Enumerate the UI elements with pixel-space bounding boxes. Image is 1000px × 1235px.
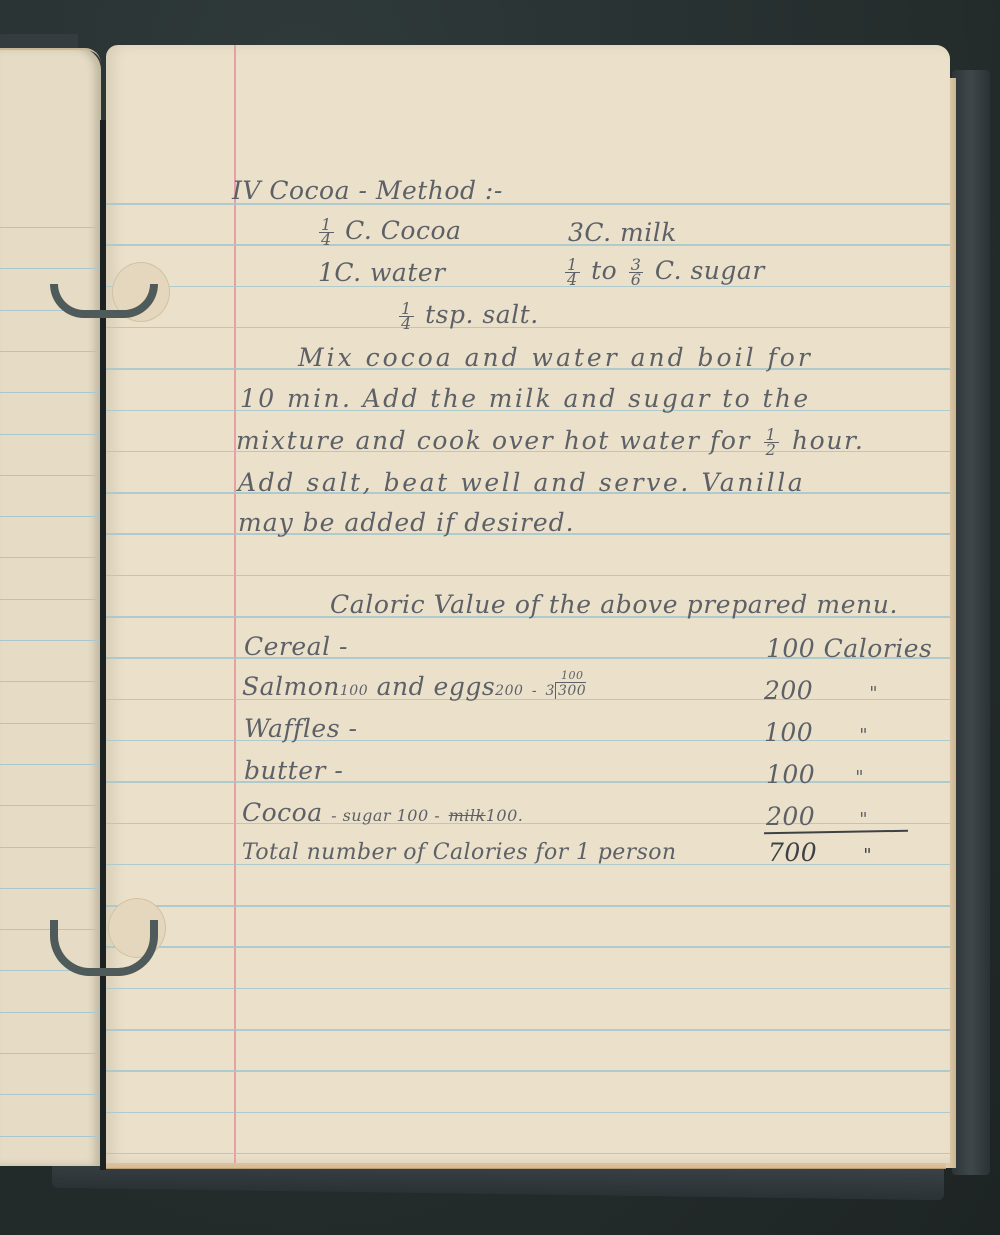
ingredient-milk: 3C. milk — [568, 218, 677, 247]
ingredient-water: 1C. water — [318, 258, 446, 287]
long-division: 100300 — [555, 683, 586, 699]
calorie-value-salmon: 200" — [764, 676, 878, 705]
ruled-line — [0, 1094, 101, 1095]
calorie-item-butter: butter - — [244, 756, 343, 785]
binder-ring-wire — [50, 284, 158, 318]
calorie-value-cereal: 100 Calories — [766, 634, 932, 663]
ruled-line — [0, 1136, 101, 1137]
ruled-line — [0, 681, 101, 682]
ruled-line — [106, 1112, 950, 1114]
calorie-item-total: Total number of Calories for 1 person — [242, 840, 677, 865]
ruled-line — [0, 392, 101, 393]
ruled-line — [106, 575, 950, 577]
calorie-value-cocoa: 200" — [766, 802, 868, 831]
ruled-line — [0, 805, 101, 806]
method-line-3: mixture and cook over hot water for 12 h… — [236, 426, 864, 457]
ruled-line — [0, 227, 101, 228]
ruled-line — [106, 286, 950, 288]
ingredient-cocoa: 14 C. Cocoa — [316, 216, 461, 247]
method-line-5: may be added if desired. — [238, 508, 575, 537]
binder-ring-wire — [50, 920, 158, 976]
ruled-line — [0, 640, 101, 641]
ruled-line — [106, 946, 950, 948]
struck-word: milk — [449, 806, 486, 825]
calorie-value-waffles: 100" — [764, 718, 868, 747]
ruled-line — [0, 351, 101, 352]
ruled-line — [0, 268, 101, 269]
ruled-line — [0, 764, 101, 765]
fraction: 14 — [565, 258, 580, 287]
ruled-line — [0, 1053, 101, 1054]
ruled-line — [106, 988, 950, 990]
fraction: 14 — [319, 218, 334, 247]
ruled-line — [0, 516, 101, 517]
ruled-line — [106, 905, 950, 907]
binder-cover-left — [0, 34, 78, 48]
calorie-item-cocoa: Cocoa - sugar 100 - milk100. — [242, 798, 523, 827]
ruled-line — [0, 599, 101, 600]
calorie-item-cereal: Cereal - — [244, 632, 348, 661]
margin-line — [234, 45, 236, 1163]
calorie-value-butter: 100" — [766, 760, 864, 789]
method-line-4: Add salt, beat well and serve. Vanilla — [238, 468, 805, 497]
ruled-line — [0, 475, 101, 476]
ruled-line — [0, 888, 101, 889]
ruled-line — [106, 244, 950, 246]
ruled-line — [106, 1070, 950, 1072]
left-page — [0, 48, 101, 1166]
ingredient-salt: 14 tsp. salt. — [396, 300, 539, 331]
fraction: 12 — [764, 428, 780, 457]
ruled-line — [0, 723, 101, 724]
ingredient-sugar: 14 to 36 C. sugar — [562, 256, 765, 287]
calorie-heading: Caloric Value of the above prepared menu… — [330, 590, 898, 619]
fraction: 14 — [399, 302, 414, 331]
fraction: 36 — [629, 258, 644, 287]
ruled-line — [106, 1029, 950, 1031]
left-page-top-edge — [0, 48, 101, 64]
ruled-line — [0, 434, 101, 435]
method-line-1: Mix cocoa and water and boil for — [298, 343, 813, 372]
ruled-line — [106, 1153, 950, 1155]
calorie-item-waffles: Waffles - — [244, 714, 357, 743]
calorie-item-salmon: Salmon100 and eggs200 - 3100300 — [242, 672, 586, 701]
recipe-heading: IV Cocoa - Method :- — [232, 176, 503, 205]
binder-cover-right — [952, 70, 990, 1175]
ruled-line — [0, 1012, 101, 1013]
ruled-line — [0, 847, 101, 848]
calorie-value-total: 700" — [768, 838, 872, 867]
method-line-2: 10 min. Add the milk and sugar to the — [240, 384, 811, 413]
ruled-line — [0, 557, 101, 558]
